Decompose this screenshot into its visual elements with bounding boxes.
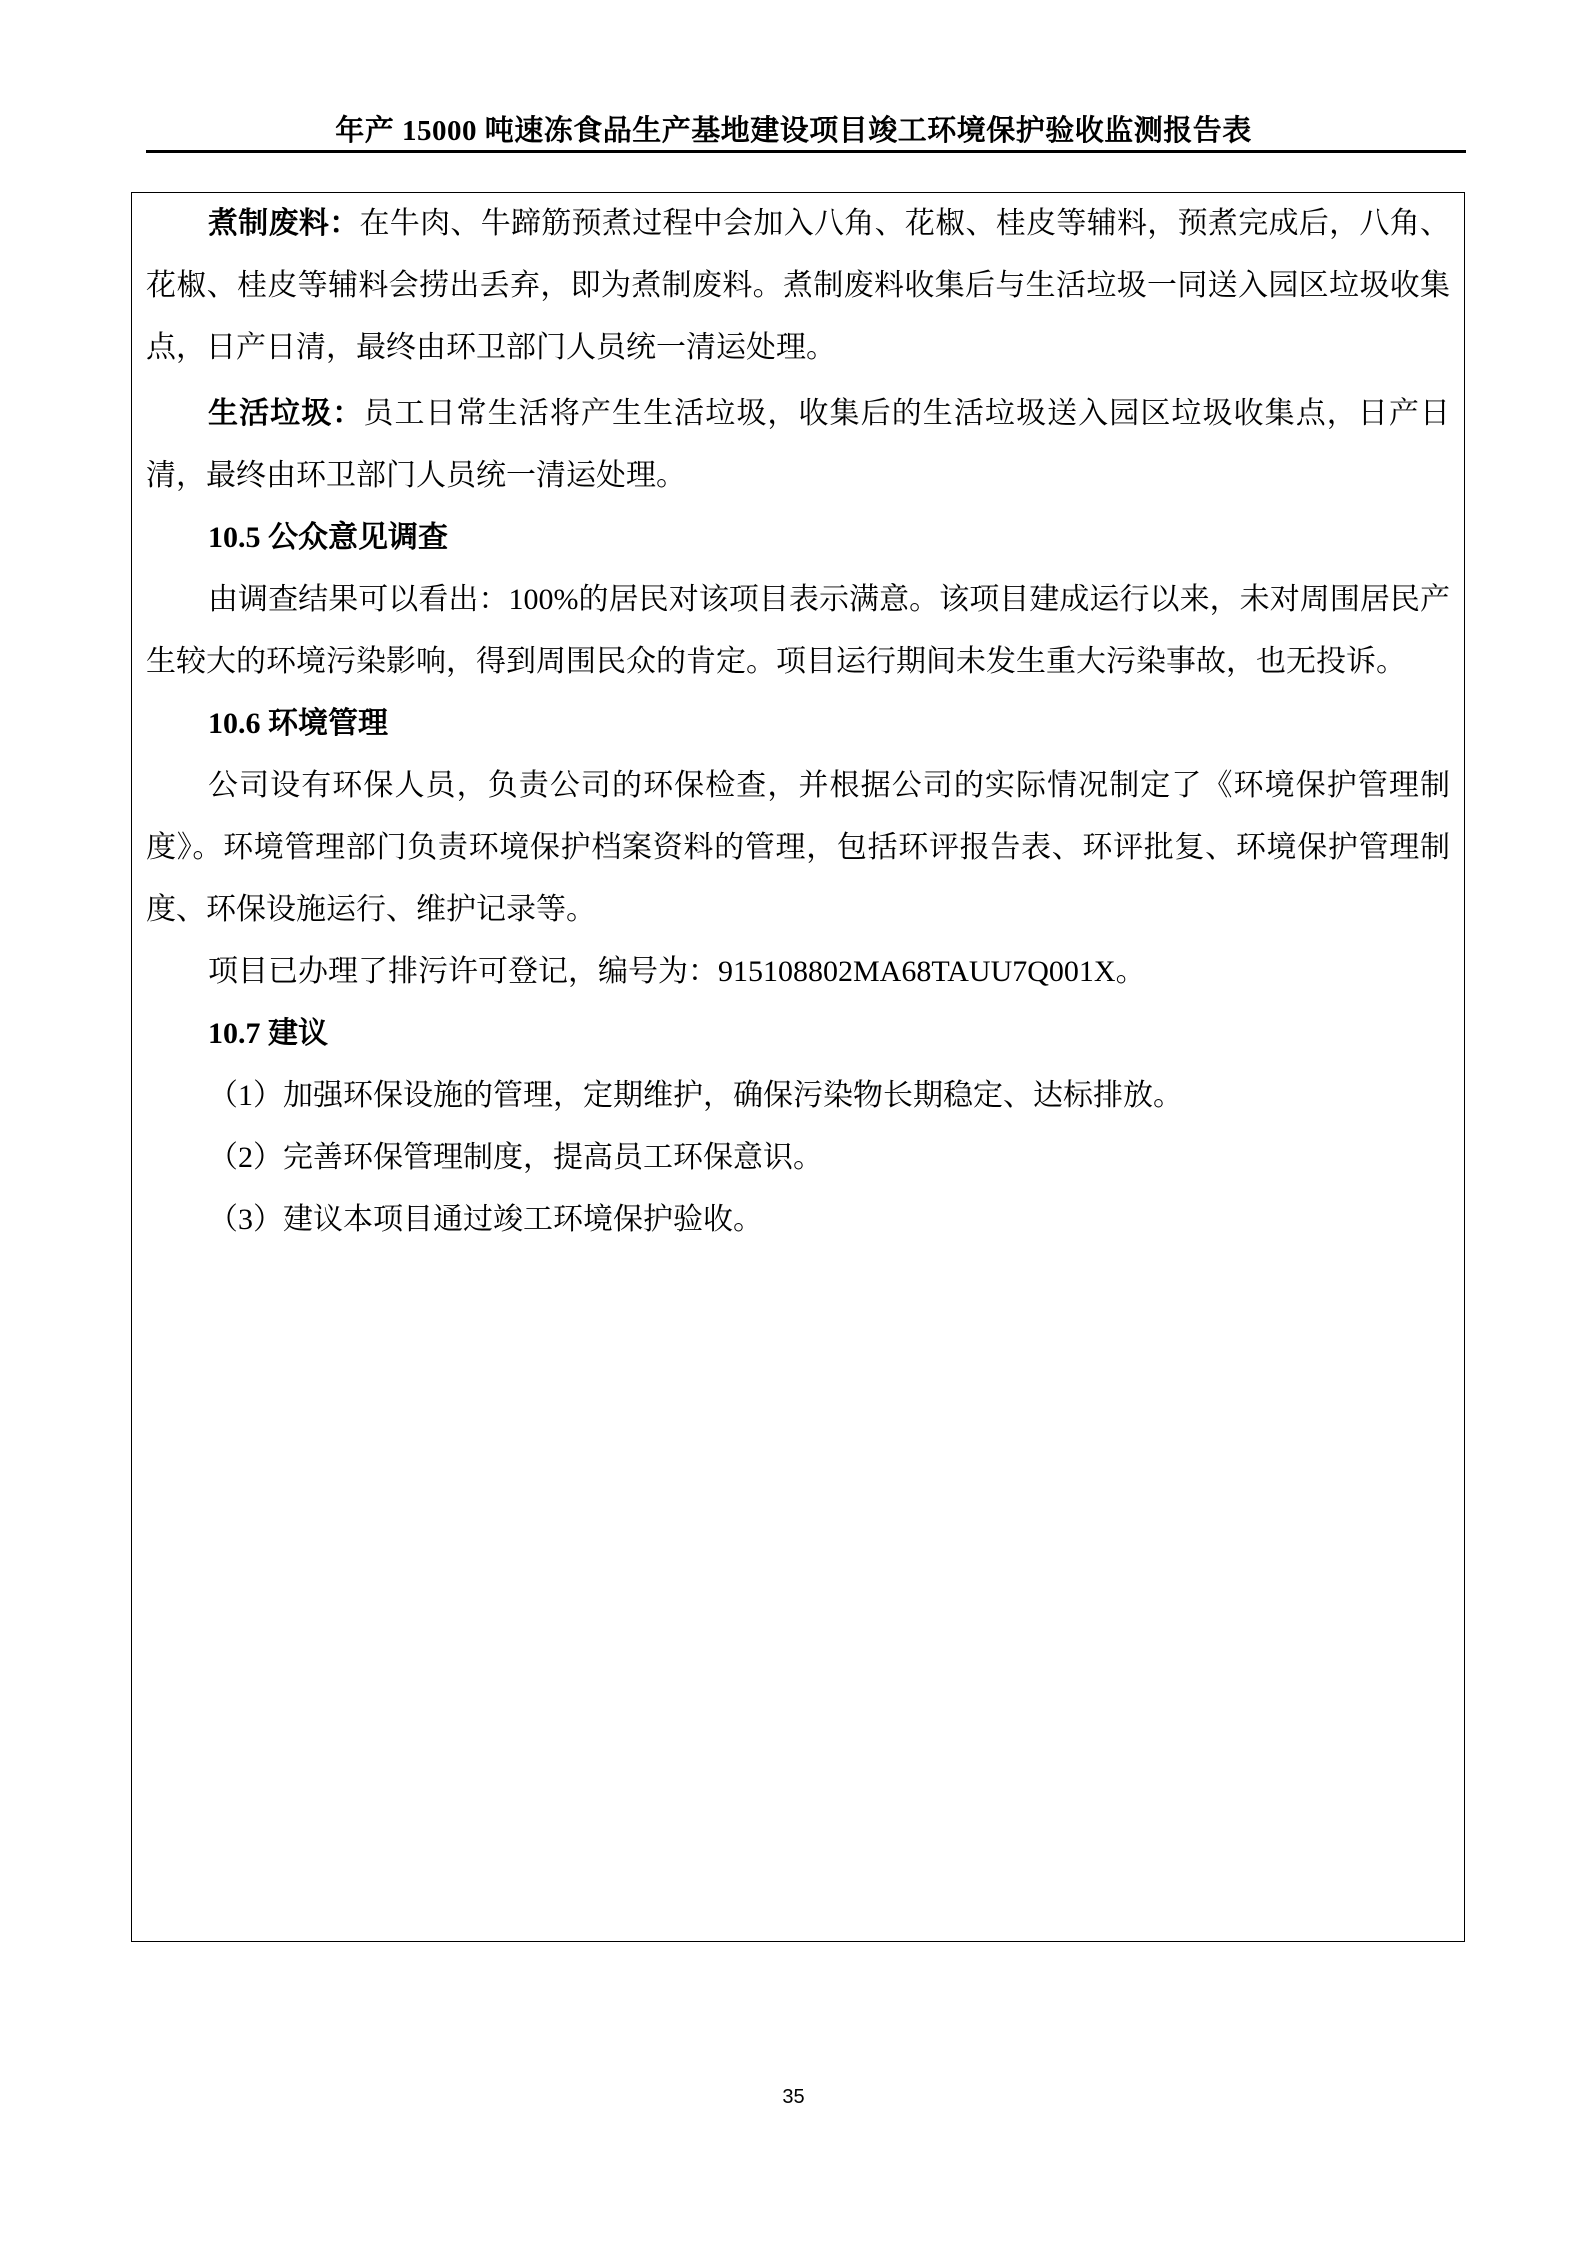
suggestion-item-3: （3）建议本项目通过竣工环境保护验收。 bbox=[146, 1189, 1450, 1251]
paragraph-domestic-waste: 生活垃圾：员工日常生活将产生生活垃圾，收集后的生活垃圾送入园区垃圾收集点，日产日… bbox=[146, 383, 1450, 507]
content-body: 煮制废料：在牛肉、牛蹄筋预煮过程中会加入八角、花椒、桂皮等辅料，预煮完成后，八角… bbox=[146, 193, 1450, 1251]
paragraph-public-survey: 由调查结果可以看出：100%的居民对该项目表示满意。该项目建成运行以来，未对周围… bbox=[146, 569, 1450, 693]
paragraph-lead-domestic-waste: 生活垃圾： bbox=[208, 397, 363, 430]
section-title-10-5: 10.5 公众意见调查 bbox=[146, 507, 1450, 569]
header-divider bbox=[146, 150, 1466, 153]
paragraph-cooking-waste: 煮制废料：在牛肉、牛蹄筋预煮过程中会加入八角、花椒、桂皮等辅料，预煮完成后，八角… bbox=[146, 193, 1450, 379]
section-title-10-7: 10.7 建议 bbox=[146, 1003, 1450, 1065]
suggestion-item-1: （1）加强环保设施的管理，定期维护，确保污染物长期稳定、达标排放。 bbox=[146, 1065, 1450, 1127]
suggestion-item-2: （2）完善环保管理制度，提高员工环保意识。 bbox=[146, 1127, 1450, 1189]
page-number: 35 bbox=[0, 2086, 1587, 2109]
document-header-title: 年产 15000 吨速冻食品生产基地建设项目竣工环境保护验收监测报告表 bbox=[0, 108, 1587, 149]
content-table-cell: 煮制废料：在牛肉、牛蹄筋预煮过程中会加入八角、花椒、桂皮等辅料，预煮完成后，八角… bbox=[131, 192, 1465, 1942]
paragraph-env-management: 公司设有环保人员，负责公司的环保检查，并根据公司的实际情况制定了《环境保护管理制… bbox=[146, 755, 1450, 941]
section-title-10-6: 10.6 环境管理 bbox=[146, 693, 1450, 755]
paragraph-permit-number: 项目已办理了排污许可登记，编号为：915108802MA68TAUU7Q001X… bbox=[146, 941, 1450, 1003]
paragraph-lead-cooking-waste: 煮制废料： bbox=[208, 207, 360, 240]
